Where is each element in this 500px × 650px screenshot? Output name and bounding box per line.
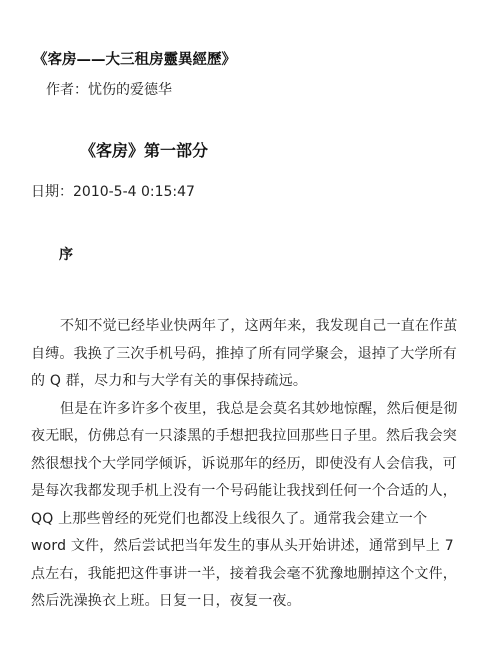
chapter-title: 《客房》第一部分 — [80, 138, 208, 161]
paragraph-line: 的 Q 群，尽力和与大学有关的事保持疏远。 — [31, 368, 491, 396]
paragraph-2: 但是在许多许多个夜里，我总是会莫名其妙地惊醒，然后便是彻 夜无眠，仿佛总有一只漆… — [31, 396, 491, 616]
paragraph-line: 然后洗澡换衣上班。日复一日，夜复一夜。 — [31, 588, 491, 616]
paragraph-line: 夜无眠，仿佛总有一只漆黑的手想把我拉回那些日子里。然后我会突 — [31, 423, 491, 451]
paragraph-line: 然很想找个大学同学倾诉，诉说那年的经历，即使没有人会信我，可 — [31, 451, 491, 479]
document-title: 《客房——大三租房靈異經歷》 — [33, 48, 236, 69]
paragraph-line: 不知不觉已经毕业快两年了，这两年来，我发现自己一直在作茧 — [31, 313, 491, 341]
paragraph-line: 自缚。我换了三次手机号码，推掉了所有同学聚会，退掉了大学所有 — [31, 341, 491, 369]
paragraph-1: 不知不觉已经毕业快两年了，这两年来，我发现自己一直在作茧 自缚。我换了三次手机号… — [31, 313, 491, 396]
section-title: 序 — [59, 244, 73, 264]
paragraph-line: 点左右，我能把这件事讲一半，接着我会毫不犹豫地删掉这个文件， — [31, 561, 491, 589]
paragraph-line: 是每次我都发现手机上没有一个号码能让我找到任何一个合适的人， — [31, 478, 491, 506]
date-line: 日期：2010-5-4 0:15:47 — [31, 181, 195, 201]
paragraph-line: word 文件，然后尝试把当年发生的事从头开始讲述，通常到早上 7 — [31, 533, 491, 561]
author-line: 作者：忧伤的爱德华 — [46, 79, 172, 99]
paragraph-line: QQ 上那些曾经的死党们也都没上线很久了。通常我会建立一个 — [31, 506, 491, 534]
paragraph-line: 但是在许多许多个夜里，我总是会莫名其妙地惊醒，然后便是彻 — [31, 396, 491, 424]
